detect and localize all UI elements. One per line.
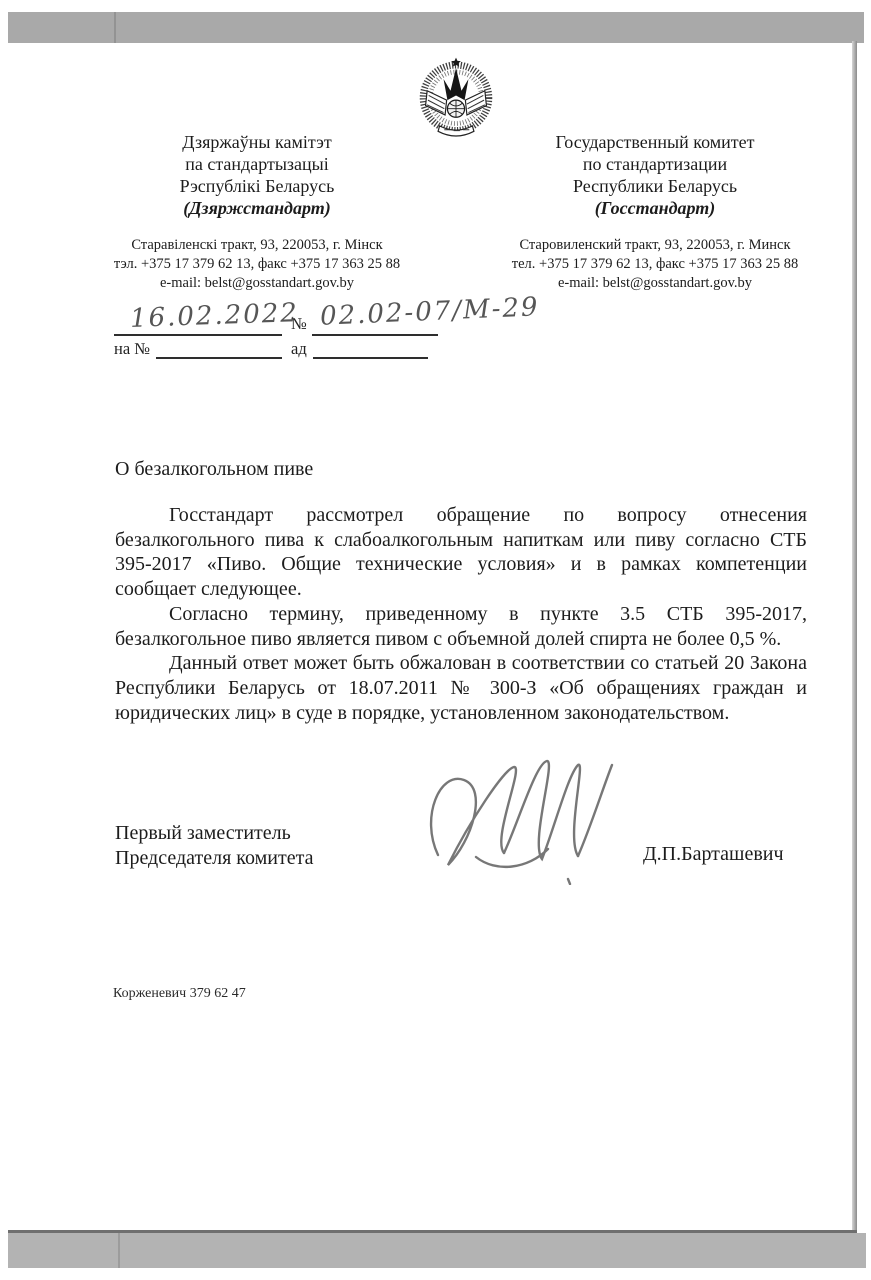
- reply-from-date-label: ад: [291, 339, 307, 359]
- contacts-russian: Старовиленский тракт, 93, 220053, г. Мин…: [490, 236, 820, 293]
- handwritten-signature: [418, 755, 653, 885]
- org-name-line: па стандартызацыі: [107, 153, 407, 175]
- org-name-line: Дзяржаўны камітэт: [107, 131, 407, 153]
- signer-position-line: Председателя комитета: [115, 846, 313, 871]
- address-line: Старовиленский тракт, 93, 220053, г. Мин…: [490, 236, 820, 255]
- contacts-belarusian: Старавіленскі тракт, 93, 220053, г. Мінс…: [92, 236, 422, 293]
- phone-fax-line: тел. +375 17 379 62 13, факс +375 17 363…: [490, 255, 820, 274]
- page-edge-shadow: [852, 41, 857, 1233]
- number-sign-label: №: [291, 314, 307, 334]
- scan-seam-top: [114, 12, 116, 43]
- address-line: Старавіленскі тракт, 93, 220053, г. Мінс…: [92, 236, 422, 255]
- handwritten-outgoing-number: 02.02-07/М-29: [319, 292, 540, 332]
- scan-band-top: [8, 12, 864, 43]
- signer-name: Д.П.Барташевич: [643, 843, 784, 866]
- body-paragraph: Данный ответ может быть обжалован в соот…: [115, 651, 807, 725]
- reply-date-fill-line: [313, 336, 428, 359]
- scanned-letter-page: Дзяржаўны камітэт па стандартызацыі Рэсп…: [0, 0, 871, 1280]
- scan-seam-bottom: [118, 1233, 120, 1268]
- org-name-line: Государственный комитет: [505, 131, 805, 153]
- org-name-line: Рэспублікі Беларусь: [107, 175, 407, 197]
- org-name-russian: Государственный комитет по стандартизаци…: [505, 131, 805, 219]
- email-line: e-mail: belst@gosstandart.gov.by: [92, 274, 422, 293]
- reply-to-number-label: на №: [114, 339, 150, 359]
- email-line: e-mail: belst@gosstandart.gov.by: [490, 274, 820, 293]
- signer-position: Первый заместитель Председателя комитета: [115, 821, 313, 870]
- coat-of-arms-belarus-icon: [417, 56, 495, 138]
- scan-band-bottom: [8, 1233, 866, 1268]
- org-name-line: Республики Беларусь: [505, 175, 805, 197]
- letter-body: Госстандарт рассмотрел обращение по вопр…: [115, 503, 807, 725]
- signer-position-line: Первый заместитель: [115, 821, 313, 846]
- executor-contact: Корженевич 379 62 47: [113, 986, 246, 1002]
- subject-line: О безалкогольном пиве: [115, 458, 313, 481]
- org-name-line: по стандартизации: [505, 153, 805, 175]
- body-paragraph: Согласно термину, приведенному в пункте …: [115, 602, 807, 651]
- handwritten-date: 16.02.2022: [130, 298, 300, 334]
- phone-fax-line: тэл. +375 17 379 62 13, факс +375 17 363…: [92, 255, 422, 274]
- org-name-belarusian: Дзяржаўны камітэт па стандартызацыі Рэсп…: [107, 131, 407, 219]
- org-short-name: (Госстандарт): [505, 197, 805, 219]
- reply-number-fill-line: [156, 336, 282, 359]
- body-paragraph: Госстандарт рассмотрел обращение по вопр…: [115, 503, 807, 602]
- org-short-name: (Дзяржстандарт): [107, 197, 407, 219]
